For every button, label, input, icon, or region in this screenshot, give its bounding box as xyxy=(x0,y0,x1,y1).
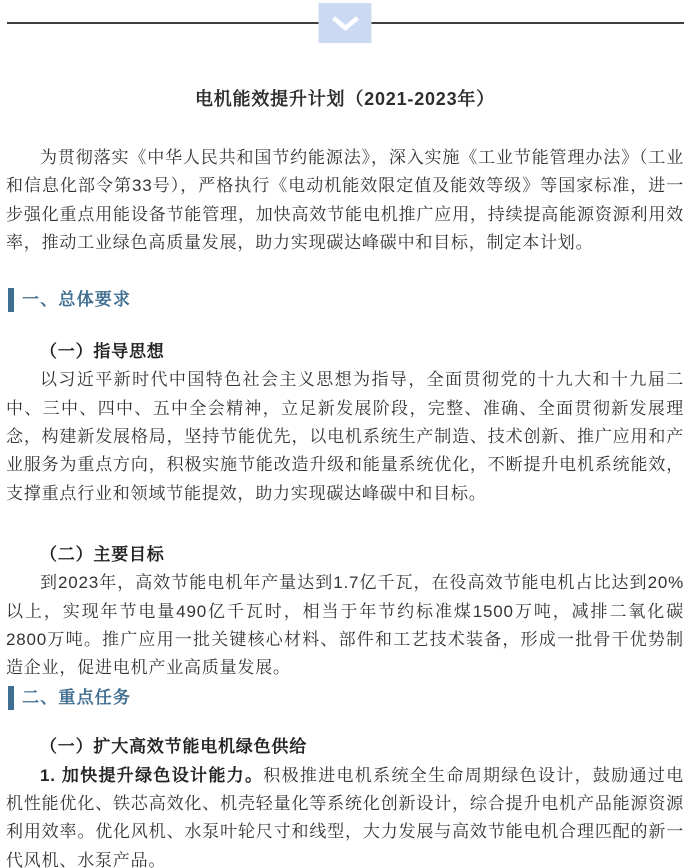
expand-button[interactable] xyxy=(319,3,372,43)
top-divider xyxy=(0,0,690,43)
green-design-lead: 1. 加快提升绿色设计能力。 xyxy=(40,766,263,785)
guiding-ideology-paragraph: 以习近平新时代中国特色社会主义思想为指导，全面贯彻党的十九大和十九届二中、三中、… xyxy=(6,366,684,507)
subsection-heading-main-goals: （二）主要目标 xyxy=(6,541,684,569)
subsection-heading-guiding-ideology: （一）指导思想 xyxy=(6,338,684,366)
main-goals-paragraph: 到2023年，高效节能电机年产量达到1.7亿千瓦，在役高效节能电机占比达到20%… xyxy=(6,569,684,682)
chevron-down-icon xyxy=(330,15,360,32)
section-heading-overall-requirements: 一、总体要求 xyxy=(8,288,684,312)
document-page: 电机能效提升计划（2021-2023年） 为贯彻落实《中华人民共和国节约能源法》… xyxy=(0,0,690,868)
intro-paragraph: 为贯彻落实《中华人民共和国节约能源法》，深入实施《工业节能管理办法》（工业和信息… xyxy=(6,144,684,257)
document-content: 电机能效提升计划（2021-2023年） 为贯彻落实《中华人民共和国节约能源法》… xyxy=(0,86,690,868)
subsection-heading-green-supply: （一）扩大高效节能电机绿色供给 xyxy=(6,733,684,761)
document-title: 电机能效提升计划（2021-2023年） xyxy=(6,86,684,112)
green-design-paragraph: 1. 加快提升绿色设计能力。积极推进电机系统全生命周期绿色设计，鼓励通过电机性能… xyxy=(6,762,684,868)
section-heading-key-tasks: 二、重点任务 xyxy=(8,686,684,710)
